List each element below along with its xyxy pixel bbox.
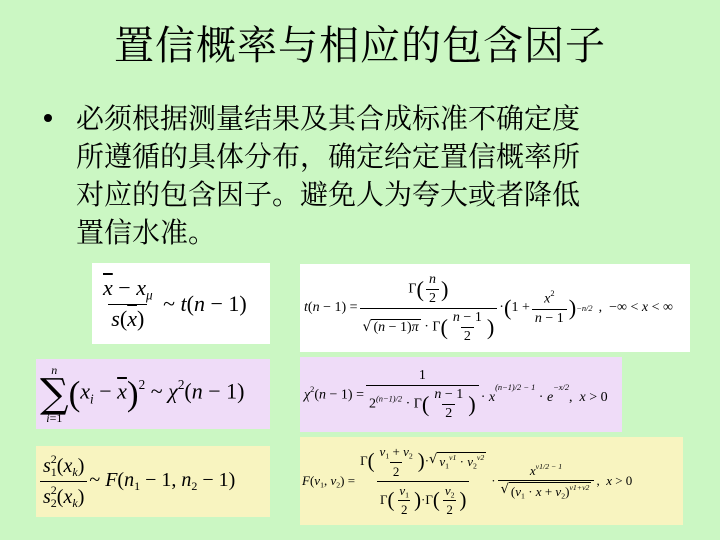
chi-pdf-fraction: 1 2(n−1)/2 · Γ(n − 12) — [366, 368, 479, 422]
f-pdf-fraction-1: Γ(ν1 + ν22)·√ν1ν1 · ν2ν2 Γ(ν12)·Γ(ν22) — [357, 444, 489, 518]
bullet-line-4: 置信水准。 — [76, 214, 684, 252]
formula-chi-square-statistic: n∑i=1 (xi − x)2 ~ χ2(n − 1) — [36, 359, 270, 429]
bullet-line-1: 必须根据测量结果及其合成标准不确定度 — [76, 100, 684, 138]
formula-f-pdf: F(ν1, ν2) = Γ(ν1 + ν22)·√ν1ν1 · ν2ν2 Γ(ν… — [300, 437, 683, 525]
summation-sign: n∑i=1 — [40, 364, 69, 424]
slide-title: 置信概率与相应的包含因子 — [0, 20, 720, 72]
formula-chi-square-pdf: χ2(n − 1) = 1 2(n−1)/2 · Γ(n − 12) · x(n… — [300, 357, 622, 432]
bullet-line-3: 对应的包含因子。避免人为夸大或者降低 — [76, 176, 684, 214]
t-stat-relation: ~ t(n − 1) — [158, 291, 247, 317]
bullet-paragraph: 必须根据测量结果及其合成标准不确定度 所遵循的具体分布，确定给定置信概率所 对应… — [44, 100, 684, 252]
bullet-dot-icon — [44, 114, 52, 122]
f-stat-fraction: s12(xk) s22(xk) — [40, 452, 87, 511]
formula-t-pdf: t(n − 1) = Γ(n2) √(n − 1)π · Γ(n − 12) ·… — [300, 264, 690, 352]
bullet-line-2: 所遵循的具体分布，确定给定置信概率所 — [76, 138, 684, 176]
t-pdf-fraction: Γ(n2) √(n − 1)π · Γ(n − 12) — [360, 272, 498, 345]
f-pdf-fraction-2: xν1/2 − 1 √(ν1 · x + ν2)ν1+ν2 — [498, 462, 595, 500]
formula-f-statistic: s12(xk) s22(xk) ~ F(n1 − 1, n2 − 1) — [36, 446, 270, 517]
formula-t-statistic: x − xμ s(x) ~ t(n − 1) — [92, 263, 270, 344]
bullet-text: 必须根据测量结果及其合成标准不确定度 所遵循的具体分布，确定给定置信概率所 对应… — [76, 100, 684, 252]
t-stat-fraction: x − xμ s(x) — [100, 275, 156, 333]
